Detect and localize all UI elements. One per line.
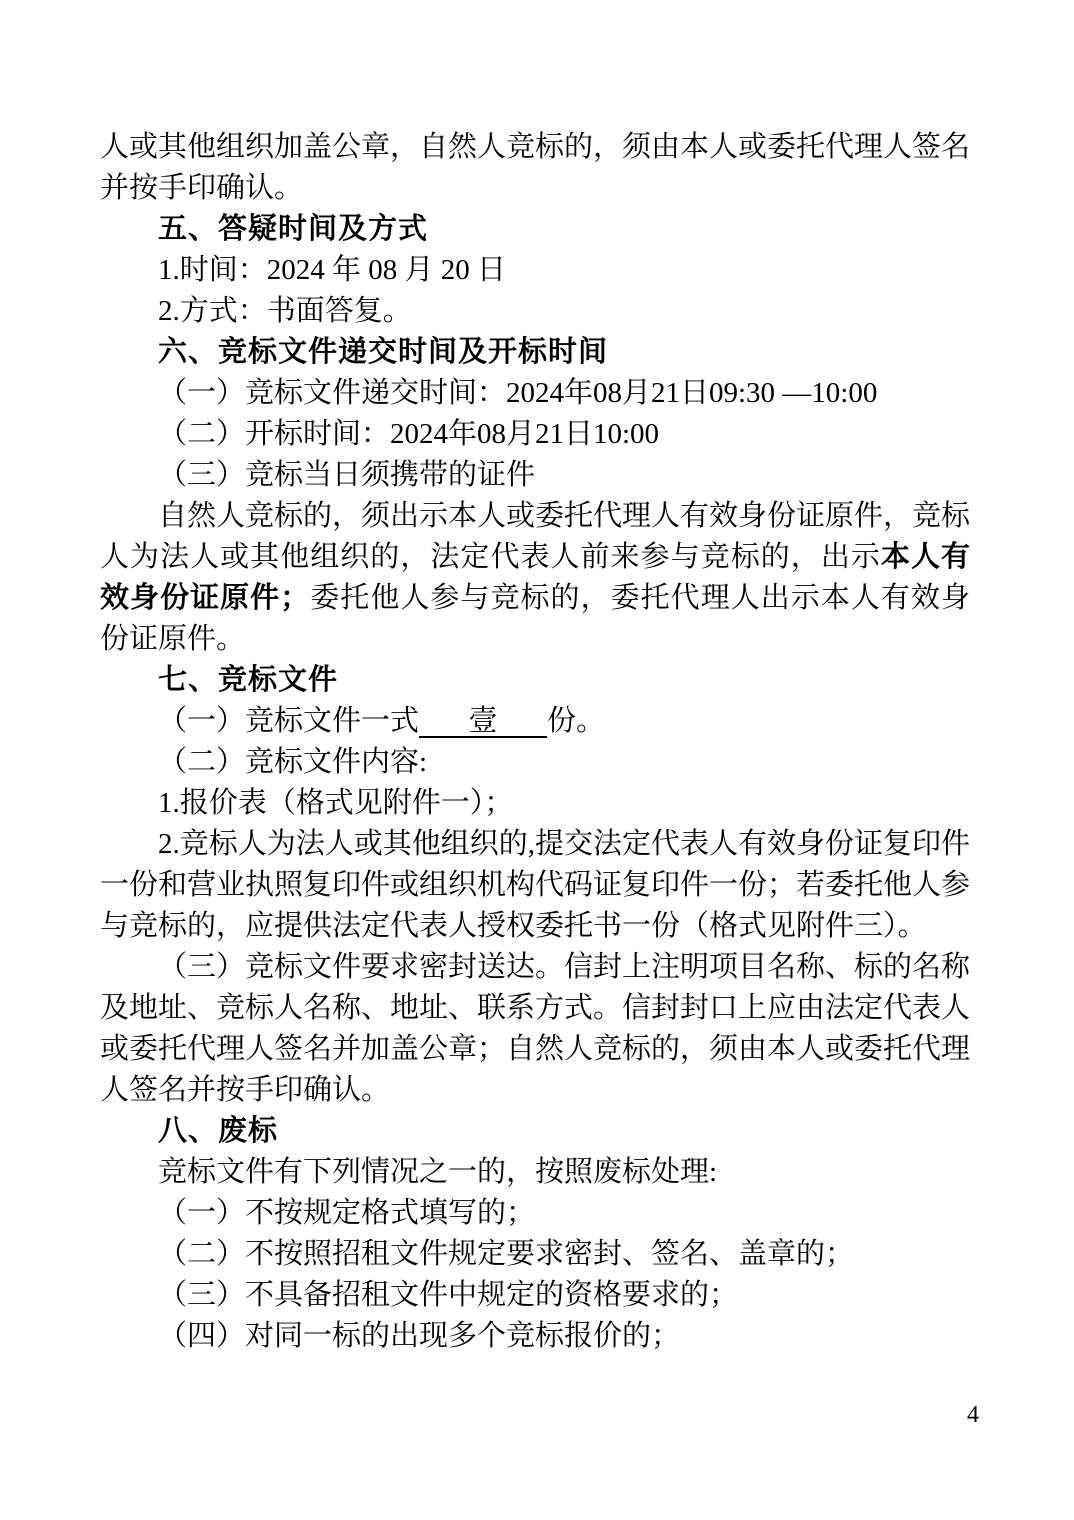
section6-item-submission-time: （一）竞标文件递交时间：2024年08月21日09:30 —10:00 [100,373,970,414]
section6-heading: 六、竞标文件递交时间及开标时间 [100,332,970,373]
section5-heading: 五、答疑时间及方式 [100,209,970,250]
section6-certificate-paragraph: 自然人竞标的，须出示本人或委托代理人有效身份证原件，竞标人为法人或其他组织的，法… [100,496,970,660]
section7-copies-line: （一）竞标文件一式壹份。 [100,701,970,742]
section7-item-legal-person-docs: 2.竞标人为法人或其他组织的,提交法定代表人有效身份证复印件一份和营业执照复印件… [100,824,970,947]
section7-item-price-table: 1.报价表（格式见附件一）； [100,783,970,824]
section8-heading: 八、废标 [100,1111,970,1152]
section8-item-4: （四）对同一标的出现多个竞标报价的； [100,1316,970,1357]
certificate-paragraph-pre: 自然人竞标的，须出示本人或委托代理人有效身份证原件，竞标人为法人或其他组织的，法… [100,500,970,573]
copies-blank-value: 壹 [469,705,498,737]
section6-item-certificates: （三）竞标当日须携带的证件 [100,455,970,496]
section8-item-2: （二）不按照招租文件规定要求密封、签名、盖章的； [100,1234,970,1275]
section8-item-3: （三）不具备招租文件中规定的资格要求的； [100,1275,970,1316]
document-body: 人或其他组织加盖公章，自然人竞标的，须由本人或委托代理人签名并按手印确认。 五、… [100,127,970,1357]
section8-intro: 竞标文件有下列情况之一的，按照废标处理: [100,1152,970,1193]
copies-blank-underline: 壹 [419,706,547,738]
document-page: 人或其他组织加盖公章，自然人竞标的，须由本人或委托代理人签名并按手印确认。 五、… [0,0,1074,1520]
paragraph-continuation: 人或其他组织加盖公章，自然人竞标的，须由本人或委托代理人签名并按手印确认。 [100,127,970,209]
section5-item-method: 2.方式：书面答复。 [100,291,970,332]
section8-item-1: （一）不按规定格式填写的； [100,1193,970,1234]
section7-content-label: （二）竞标文件内容: [100,742,970,783]
section6-item-opening-time: （二）开标时间：2024年08月21日10:00 [100,414,970,455]
copies-line-post: 份。 [547,705,605,737]
section5-item-time: 1.时间：2024 年 08 月 20 日 [100,250,970,291]
section7-heading: 七、竞标文件 [100,660,970,701]
copies-line-pre: （一）竞标文件一式 [158,705,419,737]
section7-item-sealed-delivery: （三）竞标文件要求密封送达。信封上注明项目名称、标的名称及地址、竞标人名称、地址… [100,947,970,1111]
page-number: 4 [958,1400,988,1430]
